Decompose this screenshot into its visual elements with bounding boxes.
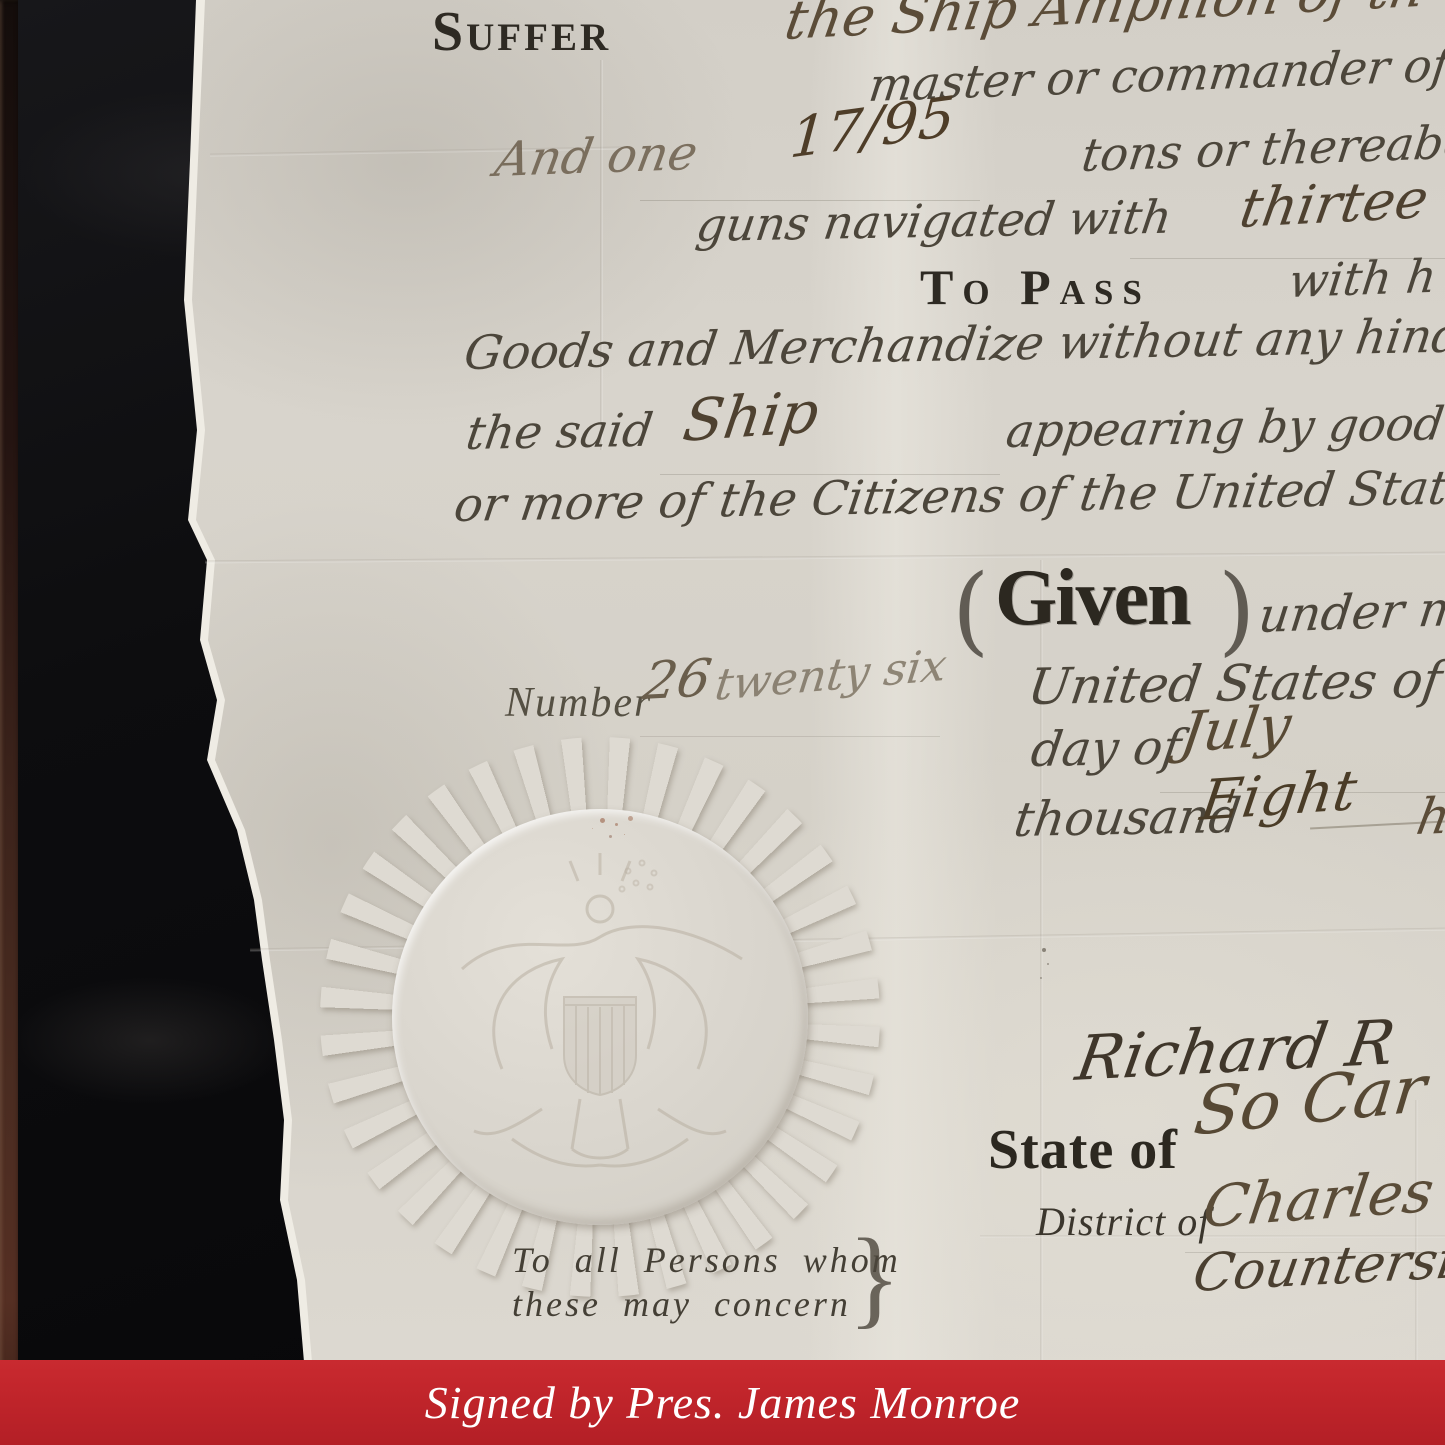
printed-with-her: with h xyxy=(1286,253,1439,304)
printed-number-label: Number xyxy=(505,682,652,724)
handwritten-number: 26 xyxy=(640,653,715,708)
handwritten-district-value: Charles xyxy=(1200,1162,1438,1236)
seal-rust-specks xyxy=(600,818,605,823)
printed-day-of: day of xyxy=(1028,723,1184,774)
printed-address-line1: To all Persons whom xyxy=(512,1242,901,1278)
ink-specks xyxy=(1042,948,1046,952)
printed-guns-line: guns navigated with xyxy=(694,194,1175,248)
given-flourish-right: ) xyxy=(1218,562,1255,658)
handwritten-vessel-type: Ship xyxy=(680,383,823,450)
blank-line xyxy=(640,736,940,737)
printed-state-of: State of xyxy=(988,1122,1178,1178)
handwritten-eight: Eight xyxy=(1197,763,1360,830)
printed-appearing: appearing by good s xyxy=(1004,400,1445,454)
handwritten-month: July xyxy=(1177,698,1294,761)
handwritten-crew-count: thirtee xyxy=(1236,172,1432,236)
handwritten-and-one: And one xyxy=(491,129,701,184)
printed-district-of: District of xyxy=(1036,1202,1210,1242)
printed-address-line2: these may concern xyxy=(512,1286,851,1322)
printed-the-said: the said xyxy=(464,407,656,456)
printed-under-my: under my xyxy=(1256,584,1445,640)
caption-banner: Signed by Pres. James Monroe xyxy=(0,1360,1445,1445)
printed-address-brace: } xyxy=(848,1222,901,1332)
printed-given-ornate: Given xyxy=(995,558,1189,638)
given-flourish-left: ( xyxy=(952,562,989,658)
handwritten-countersigned: Countersig xyxy=(1190,1233,1445,1300)
printed-to-pass: To Pass xyxy=(920,262,1151,312)
seal-eagle-icon xyxy=(392,809,808,1225)
printed-word-suffer: Suffer xyxy=(432,4,611,60)
framed-document-photo: Suffer the Ship Amphion of th master or … xyxy=(0,0,1445,1445)
caption-text: Signed by Pres. James Monroe xyxy=(425,1376,1021,1429)
